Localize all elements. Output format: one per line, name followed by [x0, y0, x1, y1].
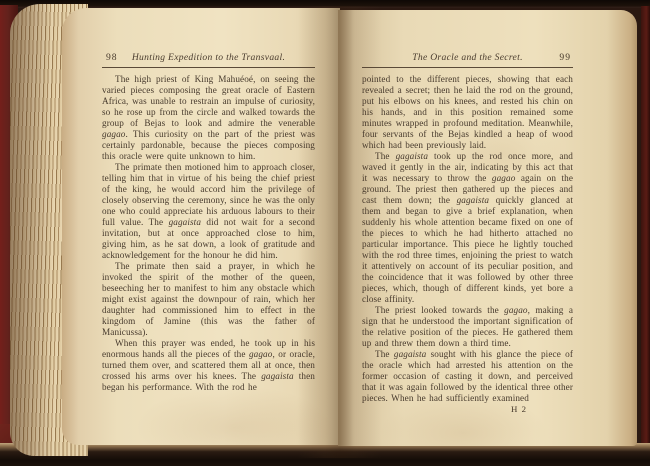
- left-head-rule: [102, 67, 315, 68]
- paragraph: The priest looked towards the gagao, mak…: [362, 305, 573, 349]
- book-cover-bottom-edge: [0, 443, 650, 466]
- book-cover-right-edge: [641, 6, 650, 466]
- left-running-head-title: Hunting Expedition to the Transvaal.: [102, 52, 315, 64]
- signature-mark: H 2: [362, 404, 573, 415]
- right-running-head-title: The Oracle and the Secret.: [362, 52, 573, 64]
- paragraph: The primate then motioned him to approac…: [102, 162, 315, 261]
- right-page-number: 99: [559, 52, 571, 64]
- right-page-text: pointed to the different pieces, showing…: [362, 74, 573, 404]
- right-page: The Oracle and the Secret. 99 pointed to…: [338, 10, 637, 446]
- paragraph: The gagaista took up the rod once more, …: [362, 151, 573, 305]
- paragraph: pointed to the different pieces, showing…: [362, 74, 573, 151]
- left-page-text: The high priest of King Mahuéoé, on seei…: [102, 74, 315, 393]
- paragraph: The gagaista sought with his glance the …: [362, 349, 573, 404]
- right-running-head: The Oracle and the Secret. 99: [362, 52, 573, 65]
- open-book-photo: 98 Hunting Expedition to the Transvaal. …: [0, 0, 650, 466]
- paragraph: The high priest of King Mahuéoé, on seei…: [102, 74, 315, 162]
- left-page: 98 Hunting Expedition to the Transvaal. …: [62, 8, 340, 445]
- left-running-head: 98 Hunting Expedition to the Transvaal.: [102, 52, 315, 65]
- paragraph: When this prayer was ended, he took up i…: [102, 338, 315, 393]
- book-cover-top-edge: [0, 0, 650, 8]
- right-head-rule: [362, 67, 573, 68]
- paragraph: The primate then said a prayer, in which…: [102, 261, 315, 338]
